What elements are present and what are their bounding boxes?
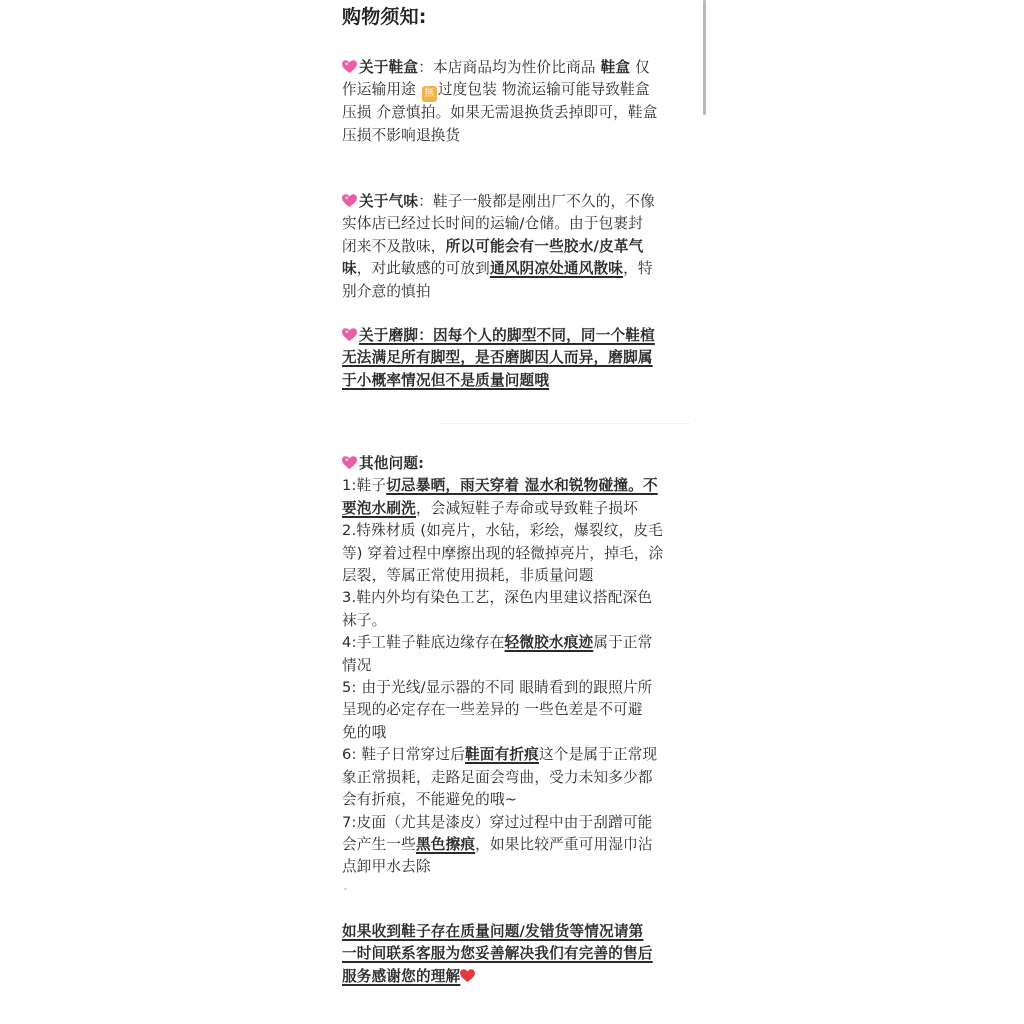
stray-dot: [344, 888, 347, 890]
text-line: 等) 穿着过程中摩擦出现的轻微掉亮片，掉毛，涂: [342, 543, 687, 565]
text: ，特: [623, 260, 653, 277]
text-line: 2.特殊材质 (如亮片，水钻，彩绘，爆裂纹，皮毛: [342, 520, 687, 542]
text-line: 象正常损耗，走路足面会弯曲，受力未知多少都: [342, 767, 687, 789]
text: 这个是属于正常现: [539, 746, 657, 763]
scrollbar[interactable]: [703, 0, 706, 115]
text: 服务感谢您的理解: [342, 968, 460, 985]
text: ，会减短鞋子寿命或导致鞋子损坏: [416, 500, 638, 517]
text: 1:鞋子: [342, 477, 386, 494]
text-line: 袜子。: [342, 610, 687, 632]
text-line: 7:皮面（尤其是漆皮）穿过过程中由于刮蹭可能: [342, 812, 687, 834]
section-shoebox: 关于鞋盒：本店商品均为性价比商品 鞋盒 仅 作运输用途 無过度包装 物流运输可能…: [342, 57, 687, 147]
text: 4:手工鞋子鞋底边缘存在: [342, 634, 505, 651]
underlined-text: 切忌暴晒，雨天穿着 湿水和锐物碰撞。不: [386, 477, 658, 494]
section-heading: 关于气味: [359, 193, 418, 210]
text-line: 一时间联系客服为您妥善解决我们有完善的售后: [342, 943, 687, 965]
text: ，对此敏感的可放到: [357, 260, 490, 277]
text: ：本店商品均为性价比商品: [418, 59, 600, 76]
sparkling-heart-icon: [342, 456, 357, 470]
text-line: 情况: [342, 655, 687, 677]
no-badge-icon: 無: [422, 86, 437, 102]
section-heading: 关于鞋盒: [359, 59, 418, 76]
text: 闭来不及散味，: [342, 238, 446, 255]
sparkling-heart-icon: [342, 60, 357, 74]
text-line: 无法满足所有脚型，是否磨脚因人而异，磨脚属: [342, 347, 687, 369]
text-line: 压损 介意慎拍。如果无需退换货丢掉即可，鞋盒: [342, 102, 687, 124]
text: ：鞋子一般都是刚出厂不久的，不像: [418, 193, 655, 210]
bold-text: 味: [342, 260, 357, 277]
page-title: 购物须知:: [342, 6, 427, 28]
text: 6: 鞋子日常穿过后: [342, 746, 465, 763]
underlined-text: 黑色擦痕: [416, 836, 475, 853]
text-line: 实体店已经过长时间的运输/仓储。由于包裹封: [342, 213, 687, 235]
underlined-text: 要泡水刷洗: [342, 500, 416, 517]
text-line: 如果收到鞋子存在质量问题/发错货等情况请第: [342, 921, 687, 943]
sparkling-heart-icon: [342, 328, 357, 342]
text-line: 呈现的必定存在一些差异的 一些色差是不可避: [342, 699, 687, 721]
underlined-text: 鞋面有折痕: [465, 746, 539, 763]
section-other: 其他问题: 1:鞋子切忌暴晒，雨天穿着 湿水和锐物碰撞。不 要泡水刷洗，会减短鞋…: [342, 453, 687, 879]
section-blister: 关于磨脚：因每个人的脚型不同，同一个鞋楦 无法满足所有脚型，是否磨脚因人而异，磨…: [342, 325, 687, 392]
bold-text: 所以可能会有一些胶水/皮革气: [446, 238, 644, 255]
text: 过度包装 物流运输可能导致鞋盒: [438, 81, 650, 98]
divider: [440, 423, 690, 424]
text: 作运输用途: [342, 81, 421, 98]
underlined-text: 轻微胶水痕迹: [505, 634, 594, 651]
text: 仅: [630, 59, 650, 76]
section-smell: 关于气味：鞋子一般都是刚出厂不久的，不像 实体店已经过长时间的运输/仓储。由于包…: [342, 191, 687, 303]
text: ，如果比较严重可用湿巾沾: [475, 836, 653, 853]
text-line: 压损不影响退换货: [342, 125, 687, 147]
text-line: 别介意的慎拍: [342, 281, 687, 303]
text: ：因每个人的脚型不同，同一个鞋楦: [418, 327, 655, 344]
bold-text: 鞋盒: [601, 59, 631, 76]
section-closing: 如果收到鞋子存在质量问题/发错货等情况请第 一时间联系客服为您妥善解决我们有完善…: [342, 921, 687, 988]
text: 会产生一些: [342, 836, 416, 853]
underlined-text: 通风阴凉处通风散味: [490, 260, 623, 277]
text-line: 3.鞋内外均有染色工艺，深色内里建议搭配深色: [342, 587, 687, 609]
text-line: 5: 由于光线/显示器的不同 眼睛看到的跟照片所: [342, 677, 687, 699]
text-line: 层裂，等属正常使用损耗，非质量问题: [342, 565, 687, 587]
text: 属于正常: [593, 634, 652, 651]
text-line: 于小概率情况但不是质量问题哦: [342, 370, 687, 392]
section-heading: 关于磨脚: [359, 327, 418, 344]
red-heart-icon: [460, 969, 475, 983]
text-line: 免的哦: [342, 722, 687, 744]
sparkling-heart-icon: [342, 194, 357, 208]
section-heading: 其他问题:: [359, 455, 424, 472]
text-line: 点卸甲水去除: [342, 856, 687, 878]
text-line: 会有折痕，不能避免的哦~: [342, 789, 687, 811]
